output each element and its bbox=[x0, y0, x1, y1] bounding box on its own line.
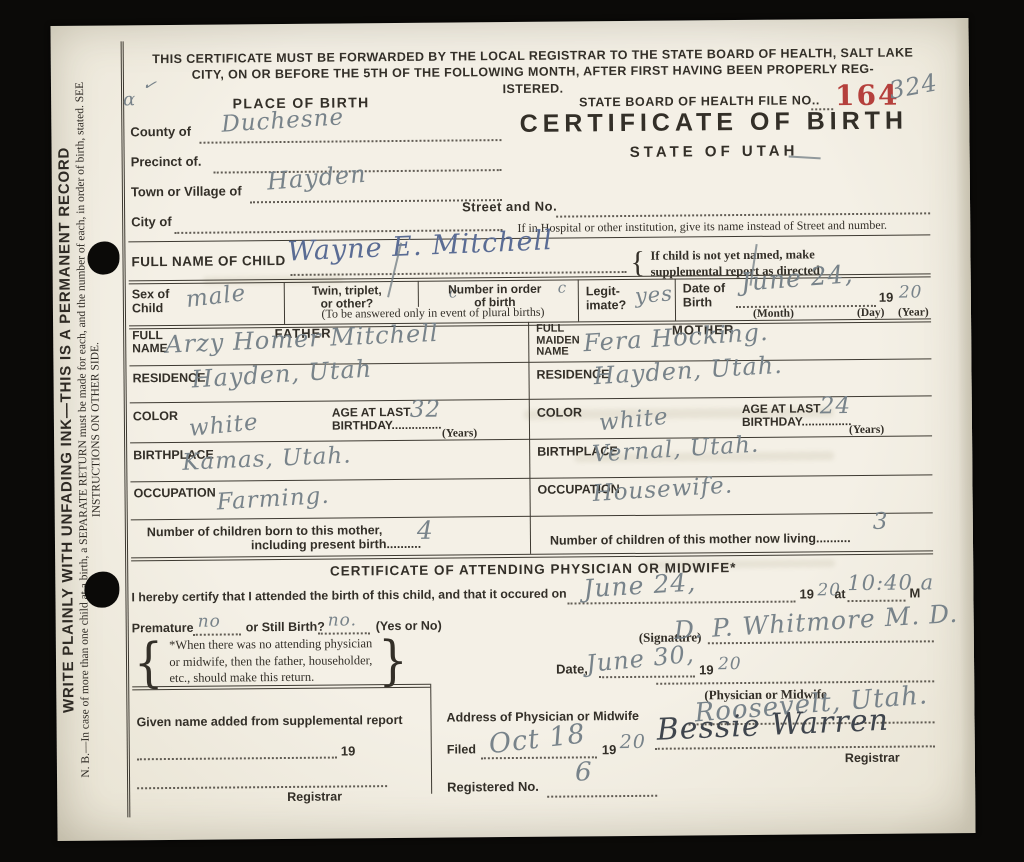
father-name-label: FULL NAME bbox=[132, 329, 168, 356]
street-label: Street and No. bbox=[462, 200, 557, 215]
supplemental-dotted-line bbox=[137, 757, 337, 761]
supplemental-19-printed: 19 bbox=[341, 744, 356, 759]
physician-section-heading: CERTIFICATE OF ATTENDING PHYSICIAN OR MI… bbox=[253, 559, 813, 579]
legitimate-value: yes bbox=[634, 281, 674, 308]
father-occupation-label: OCCUPATION bbox=[133, 486, 215, 501]
children-born-label-2: including present birth.......... bbox=[251, 537, 421, 552]
vrule bbox=[675, 279, 676, 321]
father-residence-value: Hayden, Utah bbox=[191, 355, 373, 394]
town-value: Hayden bbox=[266, 160, 368, 196]
filed-19-printed: 19 bbox=[602, 743, 617, 758]
registrar-dotted-line bbox=[137, 785, 387, 789]
date-signed-value: June 30, bbox=[585, 640, 696, 678]
scanned-birth-certificate: WRITE PLAINLY WITH UNFADING INK—THIS IS … bbox=[0, 0, 1024, 862]
vrule bbox=[284, 282, 285, 324]
certificate-paper: WRITE PLAINLY WITH UNFADING INK—THIS IS … bbox=[50, 18, 975, 841]
bottom-divider bbox=[430, 684, 432, 794]
time-value: 10:40 a bbox=[847, 570, 934, 595]
punch-hole bbox=[84, 571, 119, 607]
father-age-value: 32 bbox=[410, 397, 442, 423]
children-living-value: 3 bbox=[873, 509, 889, 535]
hrule bbox=[130, 474, 932, 482]
open-brace: { bbox=[134, 631, 164, 693]
vrule bbox=[578, 279, 579, 321]
stillbirth-label: or Still Birth? bbox=[246, 620, 325, 635]
meridiem-label: M bbox=[909, 586, 920, 601]
at-label: at bbox=[834, 587, 845, 601]
signature-value: D. P. Whitmore M. D. bbox=[673, 599, 959, 645]
dob-19-printed: 19 bbox=[879, 291, 894, 306]
father-color-label: COLOR bbox=[133, 409, 178, 423]
registered-no-label: Registered No. bbox=[447, 780, 539, 795]
father-occupation-value: Farming. bbox=[216, 483, 331, 516]
certify-date-value: June 24, bbox=[583, 567, 697, 603]
father-color-value: white bbox=[188, 409, 260, 442]
pencil-scribble-mark: α bbox=[123, 89, 136, 110]
children-born-value: 4 bbox=[417, 516, 434, 545]
stillbirth-value: no. bbox=[328, 610, 357, 630]
county-label: County of bbox=[130, 125, 191, 140]
town-label: Town or Village of bbox=[131, 184, 242, 200]
punch-hole bbox=[87, 241, 119, 274]
no-attendant-note: *When there was no attending physician o… bbox=[169, 635, 373, 687]
sex-label: Sex of Child bbox=[132, 287, 170, 315]
close-brace: } bbox=[378, 629, 408, 691]
county-dotted-line bbox=[199, 139, 501, 144]
mother-color-label: COLOR bbox=[537, 405, 582, 419]
sidebar-instructions: WRITE PLAINLY WITH UNFADING INK—THIS IS … bbox=[55, 43, 130, 816]
registered-no-dotted-line bbox=[547, 795, 657, 798]
street-dotted-line bbox=[556, 212, 930, 217]
sex-value: male bbox=[185, 280, 248, 313]
hrule bbox=[131, 512, 933, 520]
state-subtitle: STATE OF UTAH bbox=[497, 142, 932, 163]
mother-birthplace-value: Vernal, Utah. bbox=[592, 432, 760, 468]
certify-19-printed: 19 bbox=[799, 587, 814, 602]
vrule bbox=[418, 281, 419, 307]
date-of-birth-label: Date of Birth bbox=[683, 281, 726, 309]
hrule bbox=[130, 435, 932, 443]
no-attendant-note-block: { *When there was no attending physician… bbox=[134, 633, 408, 689]
forwarding-notice: THIS CERTIFICATE MUST BE FORWARDED BY TH… bbox=[135, 44, 931, 83]
date-19-printed: 19 bbox=[699, 663, 714, 678]
mother-name-label: FULL MAIDEN NAME bbox=[536, 323, 580, 358]
registrar-label: Registrar bbox=[287, 790, 342, 804]
certify-statement: I hereby certify that I attended the bir… bbox=[131, 588, 566, 606]
registrar-signature: Bessie Warren bbox=[656, 703, 890, 748]
dob-year-value: 20 bbox=[899, 282, 923, 302]
registrar-label-right: Registrar bbox=[845, 751, 900, 765]
certificate-title: CERTIFICATE OF BIRTH bbox=[496, 106, 931, 138]
mother-color-value: white bbox=[598, 404, 670, 437]
registered-no-value: 6 bbox=[575, 757, 593, 787]
mother-age-value: 24 bbox=[820, 393, 852, 419]
child-name-dotted-line bbox=[291, 271, 627, 276]
date-year-value: 20 bbox=[718, 654, 742, 674]
filed-year-value: 20 bbox=[620, 731, 646, 753]
date-label: Date, bbox=[556, 662, 588, 677]
supplemental-report-label: Given name added from supplemental repor… bbox=[136, 713, 402, 729]
city-label: City of bbox=[131, 215, 172, 230]
filed-date-value: Oct 18 bbox=[487, 718, 587, 760]
filed-label: Filed bbox=[447, 742, 476, 756]
sidebar-note: N. B.—In case of more than one child at … bbox=[74, 44, 107, 816]
date-dotted-line bbox=[599, 675, 695, 678]
mother-residence-value: Hayden, Utah. bbox=[593, 351, 784, 391]
full-name-label: FULL NAME OF CHILD bbox=[131, 253, 285, 269]
children-living-label: Number of children of this mother now li… bbox=[550, 531, 851, 548]
legitimate-label: Legit- imate? bbox=[586, 284, 627, 312]
order-mark: c bbox=[558, 279, 568, 297]
premature-value: no bbox=[198, 612, 221, 632]
precinct-label: Precinct of. bbox=[131, 155, 202, 170]
